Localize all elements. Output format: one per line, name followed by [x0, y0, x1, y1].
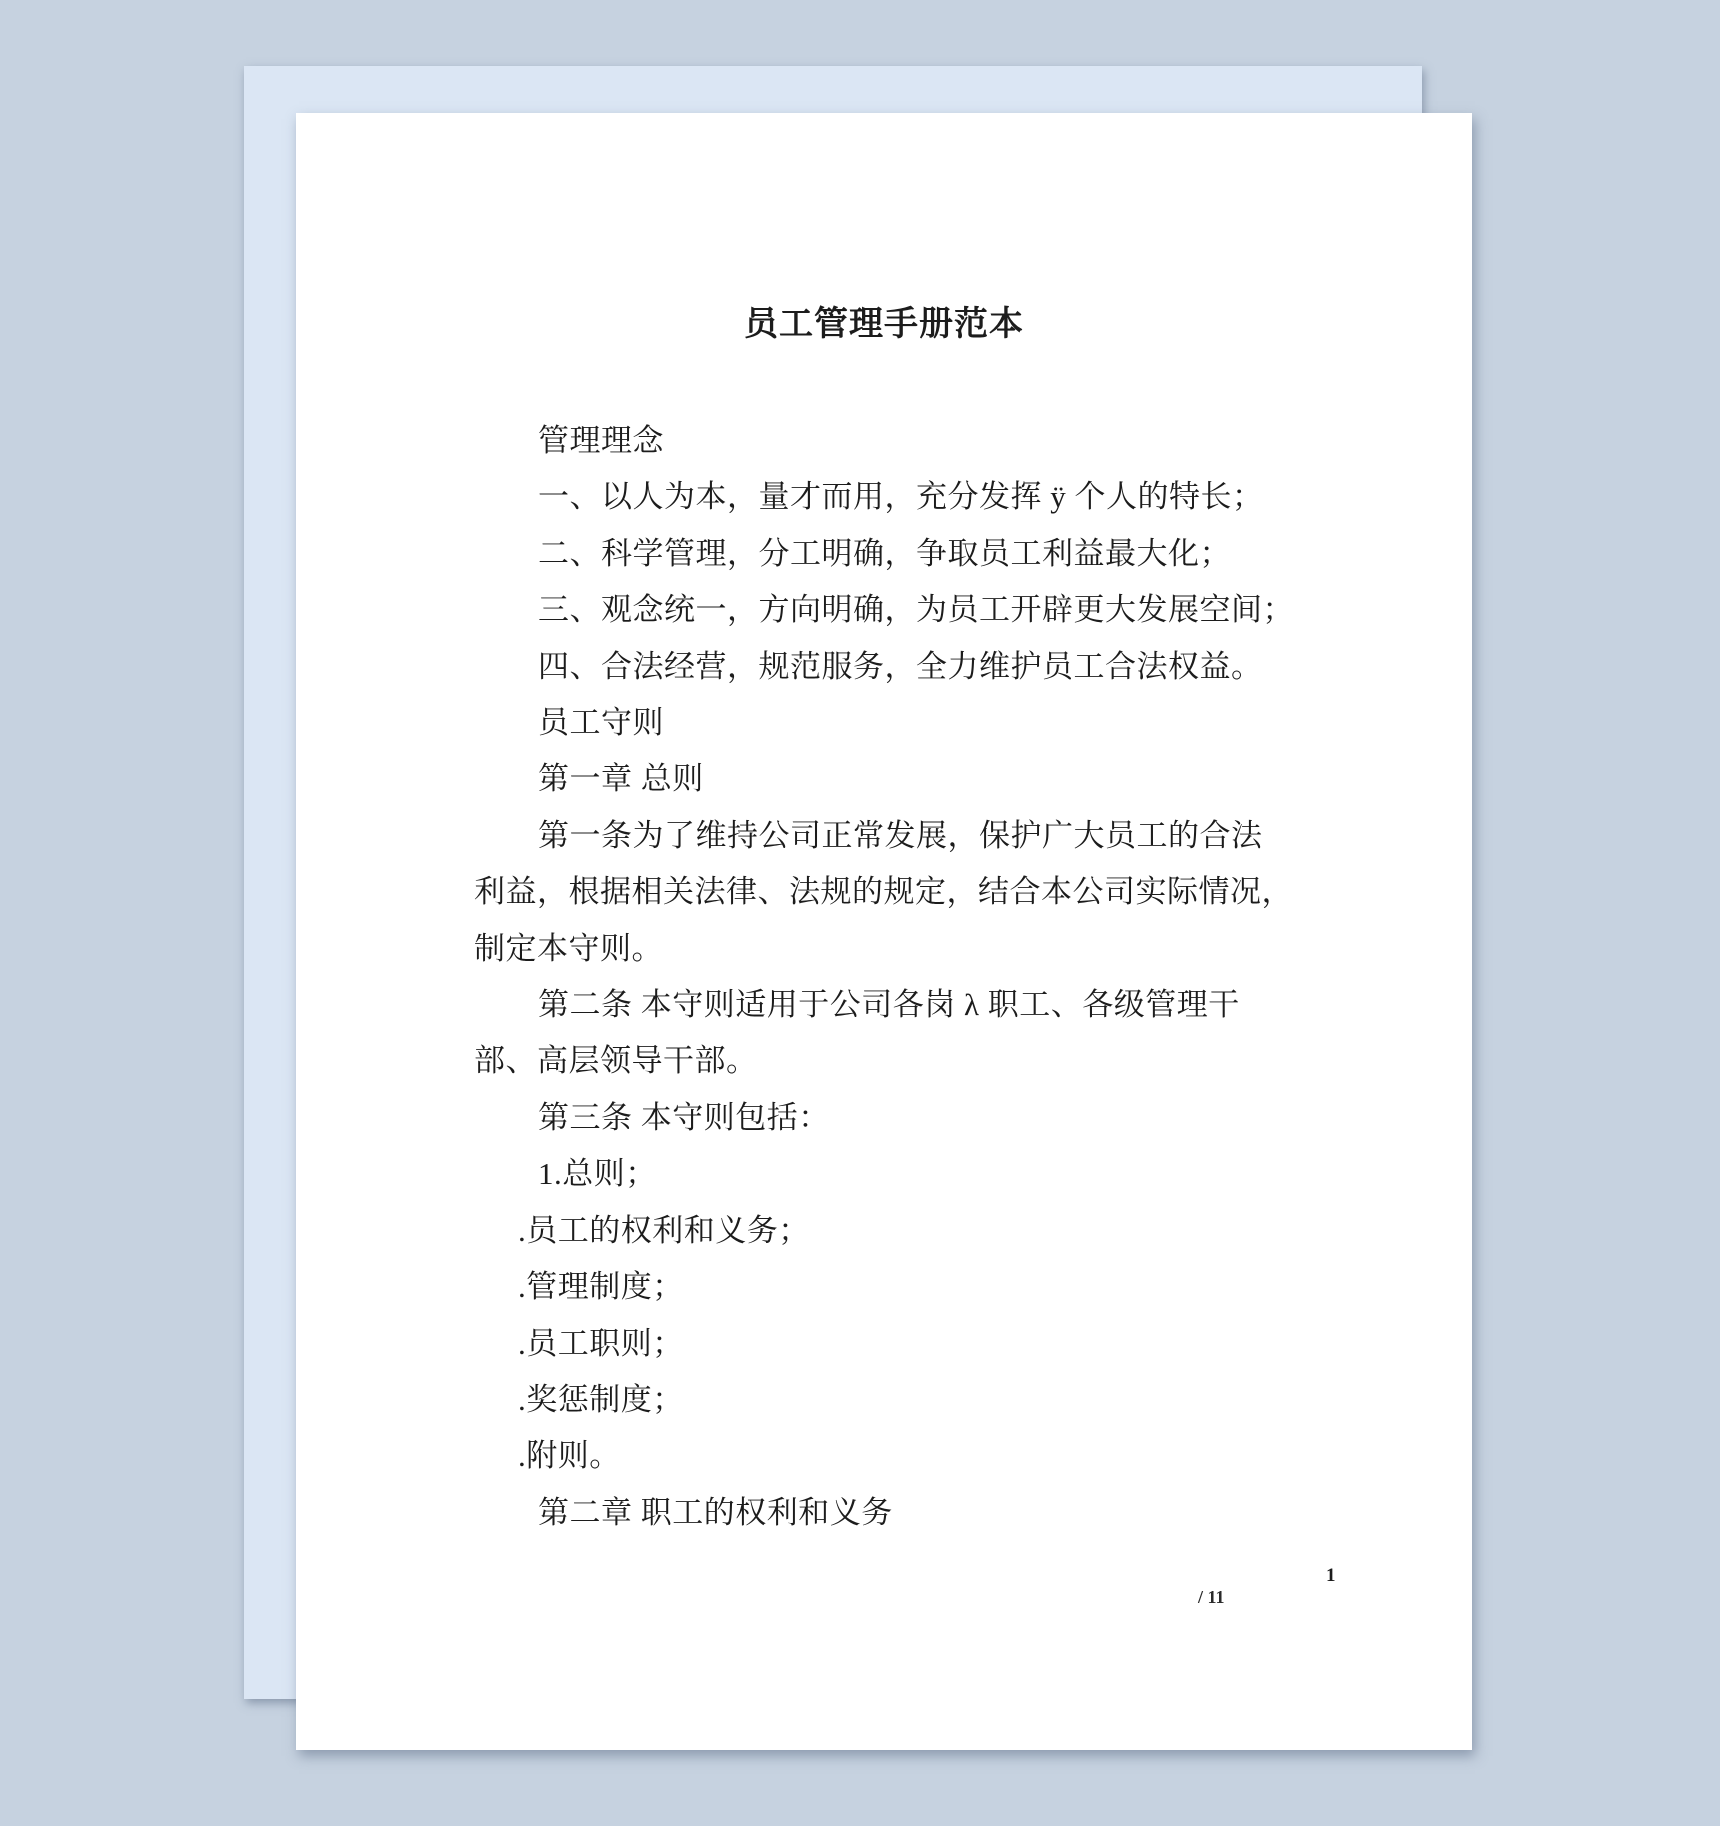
- document-line: .附则。: [474, 1428, 1314, 1484]
- document-page: 员工管理手册范本 管理理念一、以人为本，量才而用，充分发挥 ÿ 个人的特长；二、…: [296, 113, 1472, 1750]
- document-line: .管理制度；: [474, 1259, 1314, 1315]
- document-line: 四、合法经营，规范服务，全力维护员工合法权益。: [474, 639, 1314, 695]
- document-line: 二、科学管理，分工明确，争取员工利益最大化；: [474, 526, 1314, 582]
- document-line: 利益，根据相关法律、法规的规定，结合本公司实际情况，: [474, 864, 1314, 920]
- document-line: 第三条 本守则包括：: [474, 1090, 1314, 1146]
- document-preview-canvas: 员工管理手册范本 管理理念一、以人为本，量才而用，充分发挥 ÿ 个人的特长；二、…: [0, 0, 1720, 1826]
- page-total: / 11: [1198, 1587, 1225, 1608]
- document-line: 第一章 总则: [474, 751, 1314, 807]
- document-line: 制定本守则。: [474, 921, 1314, 977]
- document-line: 管理理念: [474, 413, 1314, 469]
- document-line: 1.总则；: [474, 1146, 1314, 1202]
- document-line: 第二条 本守则适用于公司各岗 λ 职工、各级管理干: [474, 977, 1314, 1033]
- document-line: 三、观念统一，方向明确，为员工开辟更大发展空间；: [474, 582, 1314, 638]
- document-line: .奖惩制度；: [474, 1372, 1314, 1428]
- document-title: 员工管理手册范本: [474, 303, 1294, 347]
- document-line: .员工的权利和义务；: [474, 1203, 1314, 1259]
- document-line: 部、高层领导干部。: [474, 1033, 1314, 1089]
- document-line: 第一条为了维持公司正常发展，保护广大员工的合法: [474, 808, 1314, 864]
- document-line: .员工职则；: [474, 1316, 1314, 1372]
- page-number: 1: [1326, 1565, 1336, 1587]
- document-line: 员工守则: [474, 695, 1314, 751]
- document-line: 第二章 职工的权利和义务: [474, 1485, 1314, 1541]
- document-line: 一、以人为本，量才而用，充分发挥 ÿ 个人的特长；: [474, 469, 1314, 525]
- document-body: 管理理念一、以人为本，量才而用，充分发挥 ÿ 个人的特长；二、科学管理，分工明确…: [474, 413, 1314, 1541]
